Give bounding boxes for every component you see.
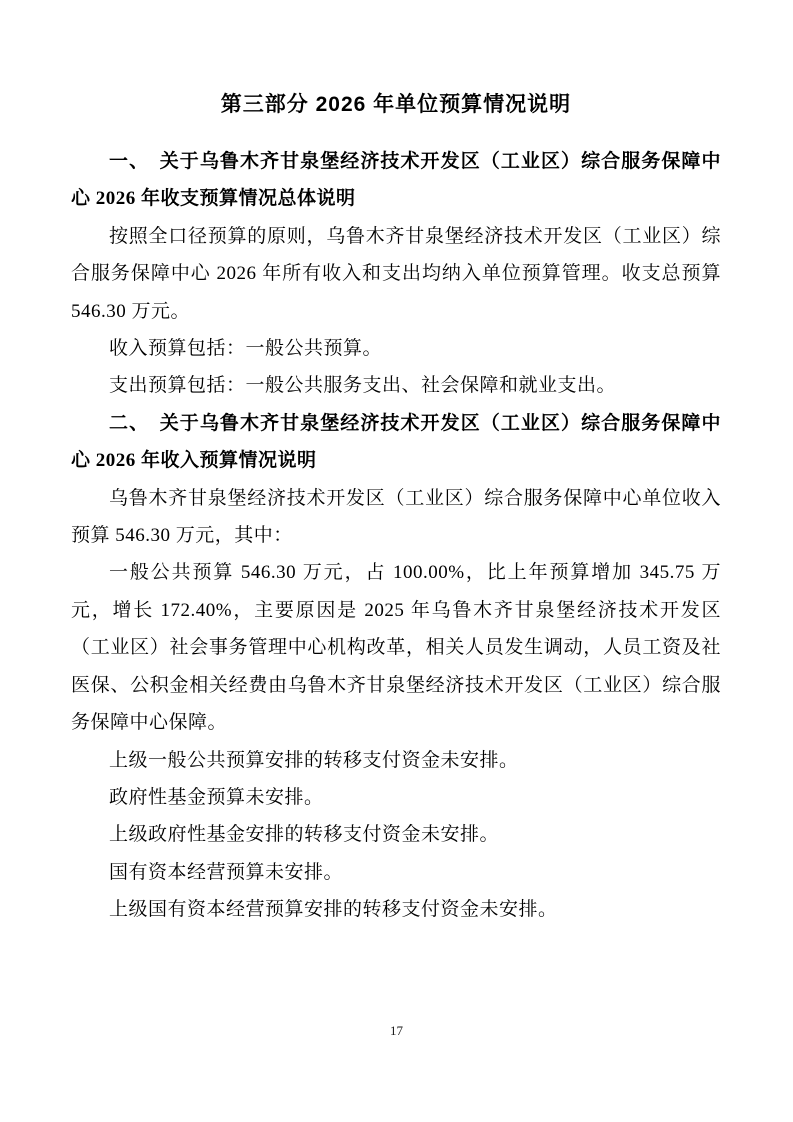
paragraph-expense-scope: 支出预算包括：一般公共服务支出、社会保障和就业支出。	[71, 367, 721, 404]
paragraph-state-capital: 国有资本经营预算未安排。	[71, 854, 721, 891]
paragraph-transfer-payment: 上级一般公共预算安排的转移支付资金未安排。	[71, 742, 721, 779]
section-1-heading: 一、 关于乌鲁木齐甘泉堡经济技术开发区（工业区）综合服务保障中心 2026 年收…	[71, 143, 721, 218]
document-title: 第三部分 2026 年单位预算情况说明	[71, 86, 721, 123]
document-page: 第三部分 2026 年单位预算情况说明 一、 关于乌鲁木齐甘泉堡经济技术开发区（…	[0, 0, 793, 1122]
paragraph-general-public-budget: 一般公共预算 546.30 万元，占 100.00%，比上年预算增加 345.7…	[71, 554, 721, 741]
paragraph-gov-fund-transfer: 上级政府性基金安排的转移支付资金未安排。	[71, 816, 721, 853]
paragraph-state-capital-transfer: 上级国有资本经营预算安排的转移支付资金未安排。	[71, 891, 721, 928]
paragraph-income-total: 乌鲁木齐甘泉堡经济技术开发区（工业区）综合服务保障中心单位收入预算 546.30…	[71, 480, 721, 555]
paragraph-total-budget: 按照全口径预算的原则，乌鲁木齐甘泉堡经济技术开发区（工业区）综合服务保障中心 2…	[71, 218, 721, 330]
paragraph-gov-fund: 政府性基金预算未安排。	[71, 779, 721, 816]
paragraph-income-scope: 收入预算包括：一般公共预算。	[71, 330, 721, 367]
document-body: 第三部分 2026 年单位预算情况说明 一、 关于乌鲁木齐甘泉堡经济技术开发区（…	[71, 0, 721, 929]
section-2-heading: 二、 关于乌鲁木齐甘泉堡经济技术开发区（工业区）综合服务保障中心 2026 年收…	[71, 405, 721, 480]
page-number: 17	[0, 1022, 793, 1040]
